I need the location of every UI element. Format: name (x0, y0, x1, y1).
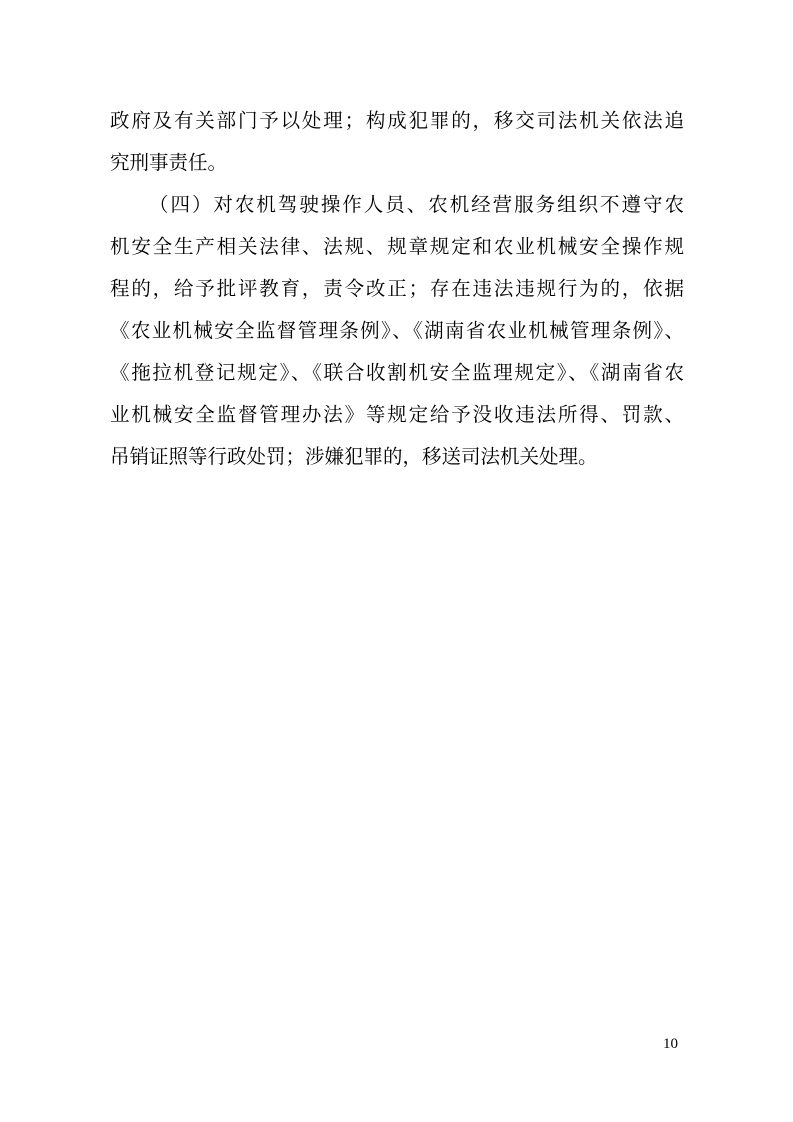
text-line: 机安全生产相关法律、法规、规章规定和农业机械安全操作规 (110, 227, 684, 269)
text-line: 《拖拉机登记规定》、《联合收割机安全监理规定》、《湖南省农 (110, 353, 684, 395)
text-line: 程的，给予批评教育，责令改正；存在违法违规行为的，依据 (110, 269, 684, 311)
text-line: 政府及有关部门予以处理；构成犯罪的，移交司法机关依法追 (110, 101, 684, 143)
text-line: 究刑事责任。 (110, 143, 684, 185)
text-line: 吊销证照等行政处罚；涉嫌犯罪的，移送司法机关处理。 (110, 437, 684, 479)
text-line: （四）对农机驾驶操作人员、农机经营服务组织不遵守农 (110, 185, 684, 227)
document-page: 政府及有关部门予以处理；构成犯罪的，移交司法机关依法追究刑事责任。（四）对农机驾… (0, 0, 793, 1122)
document-body: 政府及有关部门予以处理；构成犯罪的，移交司法机关依法追究刑事责任。（四）对农机驾… (110, 101, 684, 479)
text-line: 业机械安全监督管理办法》等规定给予没收违法所得、罚款、 (110, 395, 684, 437)
text-line: 《农业机械安全监督管理条例》、《湖南省农业机械管理条例》、 (110, 311, 684, 353)
page-number: 10 (663, 1034, 678, 1054)
